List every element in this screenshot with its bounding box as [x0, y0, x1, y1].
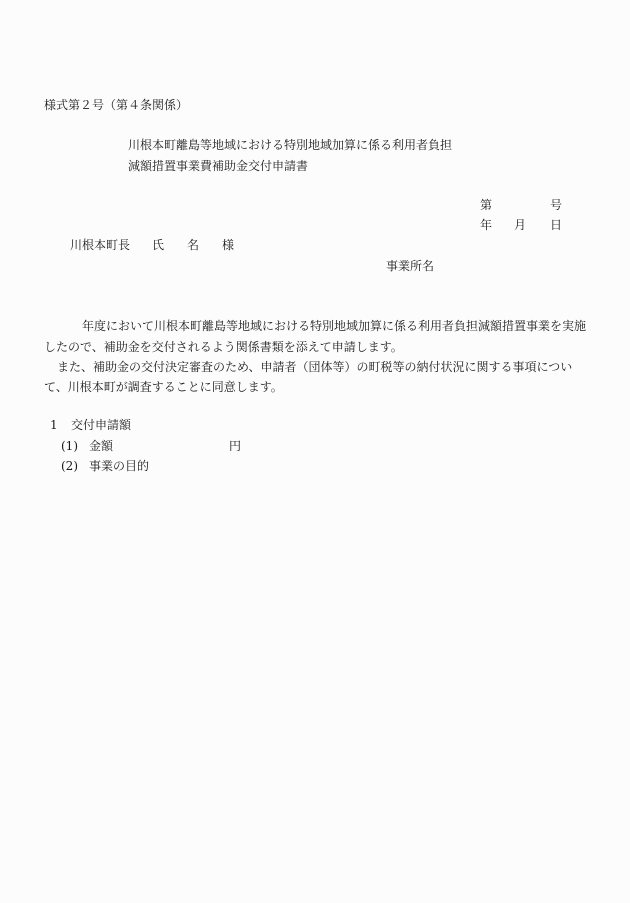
- item2-label: 事業の目的: [89, 458, 149, 474]
- item2-number: (2): [61, 458, 78, 474]
- form-label: 様式第２号（第４条関係）: [44, 97, 188, 113]
- section1-number: 1: [50, 417, 58, 433]
- body-line1: 年度において川根本町離島等地域における特別地域加算に係る利用者負担減額措置事業を…: [82, 318, 586, 334]
- date-day: 日: [550, 217, 562, 233]
- body-line3: また、補助金の交付決定審査のため、申請者（団体等）の町税等の納付状況に関する事項…: [57, 359, 572, 375]
- section1-title: 交付申請額: [71, 417, 131, 433]
- body-line4: て、川根本町が調査することに同意します。: [44, 379, 283, 395]
- number-prefix: 第: [480, 197, 492, 213]
- item1-unit: 円: [229, 438, 241, 454]
- document-title-line2: 減額措置事業費補助金交付申請書: [128, 158, 308, 174]
- date-year: 年: [480, 217, 492, 233]
- addressee-honorific: 様: [222, 237, 234, 253]
- number-suffix: 号: [550, 197, 562, 213]
- addressee-name-1: 氏: [152, 237, 164, 253]
- item1-number: (1): [61, 438, 78, 454]
- item1-label: 金額: [89, 438, 113, 454]
- addressee-name-2: 名: [187, 237, 199, 253]
- document-title-line1: 川根本町離島等地域における特別地域加算に係る利用者負担: [128, 137, 452, 153]
- date-month: 月: [514, 217, 526, 233]
- addressee: 川根本町長: [70, 237, 130, 253]
- applicant-label: 事業所名: [386, 258, 434, 274]
- body-line2: したので、補助金を交付されるよう関係書類を添えて申請します。: [44, 339, 403, 355]
